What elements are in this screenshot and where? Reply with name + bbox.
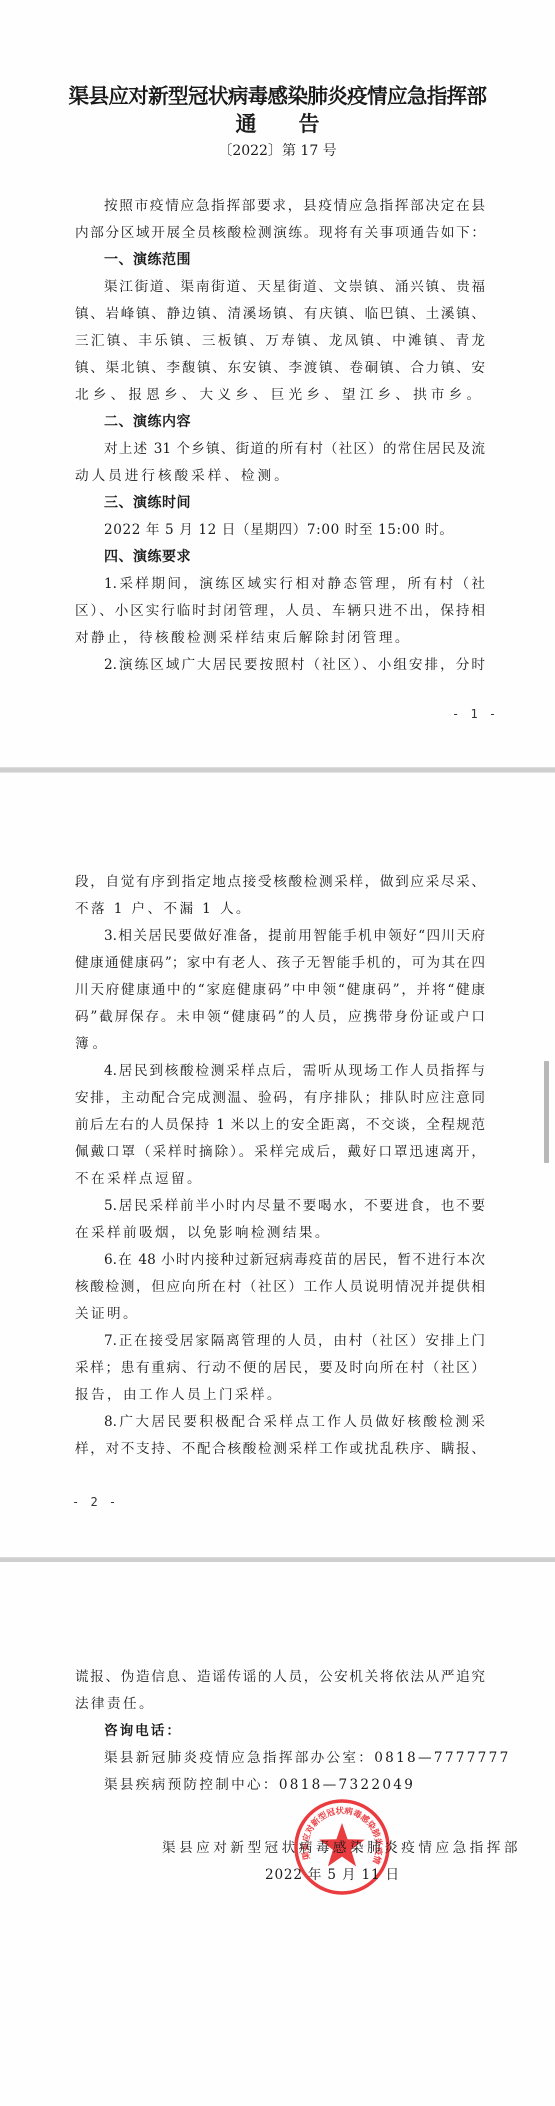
section-line: 佩戴口罩（采样时摘除）。采样完成后，戴好口罩迅速离开， bbox=[75, 1142, 485, 1162]
section-line: 区）、小区实行临时封闭管理，人员、车辆只进不出，保持相 bbox=[75, 601, 485, 621]
signature-date: 2022 年 5 月 11 日 bbox=[265, 1865, 405, 1885]
section-line: 7.正在接受居家隔离管理的人员，由村（社区）安排上门 bbox=[104, 1331, 485, 1351]
section-line: 样，对不支持、不配合核酸检测采样工作或扰乱秩序、瞒报、 bbox=[75, 1439, 485, 1459]
section-line: 6.在 48 小时内接种过新冠病毒疫苗的居民，暂不进行本次 bbox=[104, 1250, 485, 1270]
section-line: 川天府健康通中的“家庭健康码”中申领“健康码”，并将“健康 bbox=[75, 980, 485, 1000]
scrollbar-thumb[interactable] bbox=[544, 1061, 549, 1163]
section-line: 码”截屏保存。未申领“健康码”的人员，应携带身份证或户口 bbox=[75, 1007, 485, 1027]
page-1: 渠县应对新型冠状病毒感染肺炎疫情应急指挥部 通 告 〔2022〕第 17 号 按… bbox=[0, 0, 555, 767]
section-line: 健康通健康码”；家中有老人、孩子无智能手机的，可为其在四 bbox=[75, 953, 485, 973]
section-line: 3.相关居民要做好准备，提前用智能手机申领好“四川天府 bbox=[104, 926, 485, 946]
intro-line: 按照市疫情应急指挥部要求，县疫情应急指挥部决定在县 bbox=[104, 196, 485, 216]
signature-org: 渠县应对新型冠状病毒感染肺炎疫情应急指挥部 bbox=[162, 1838, 492, 1858]
intro-line: 内部分区域开展全员核酸检测演练。现将有关事项通告如下： bbox=[75, 223, 485, 243]
section-line: 不落 1 户、不漏 1 人。 bbox=[75, 899, 485, 919]
section-line: 谎报、伪造信息、造谣传谣的人员，公安机关将依法从严追究 bbox=[75, 1667, 485, 1687]
section-line: 三汇镇、丰乐镇、三板镇、万寿镇、龙凤镇、中滩镇、青龙 bbox=[75, 331, 485, 351]
section-line: 北乡、报恩乡、大义乡、巨光乡、望江乡、拱市乡。 bbox=[75, 385, 485, 405]
section-line: 对静止，待核酸检测采样结束后解除封闭管理。 bbox=[75, 628, 485, 648]
section-line: 镇、渠北镇、李馥镇、东安镇、李渡镇、卷硐镇、合力镇、安 bbox=[75, 358, 485, 378]
contact-line: 渠县新冠肺炎疫情应急指挥部办公室：0818—7777777 bbox=[104, 1748, 485, 1768]
section-line: 8.广大居民要积极配合采样点工作人员做好核酸检测采 bbox=[104, 1412, 485, 1432]
section-line: 核酸检测，但应向所在村（社区）工作人员说明情况并提供相 bbox=[75, 1277, 485, 1297]
section-line: 采样；患有重病、行动不便的居民，要及时向所在村（社区） bbox=[75, 1358, 485, 1378]
section-line: 对上述 31 个乡镇、街道的所有村（社区）的常住居民及流 bbox=[104, 439, 485, 459]
section-line: 前后左右的人员保持 1 米以上的安全距离，不交谈，全程规范 bbox=[75, 1115, 485, 1135]
document-number: 〔2022〕第 17 号 bbox=[0, 141, 555, 161]
page-3: 谎报、伪造信息、造谣传谣的人员，公安机关将依法从严追究 法律责任。 咨询电话： … bbox=[0, 1562, 555, 2106]
contact-heading: 咨询电话： bbox=[104, 1721, 485, 1741]
section-heading: 四、演练要求 bbox=[104, 547, 485, 567]
section-line: 1.采样期间，演练区域实行相对静态管理，所有村（社 bbox=[104, 574, 485, 594]
section-line: 安排，主动配合完成测温、验码，有序排队；排队时应注意同 bbox=[75, 1088, 485, 1108]
section-line: 2022 年 5 月 12 日（星期四）7:00 时至 15:00 时。 bbox=[104, 520, 485, 540]
section-heading: 三、演练时间 bbox=[104, 493, 485, 513]
section-line: 4.居民到核酸检测采样点后，需听从现场工作人员指挥与 bbox=[104, 1061, 485, 1081]
section-line: 法律责任。 bbox=[75, 1694, 485, 1714]
section-line: 不在采样点逗留。 bbox=[75, 1169, 485, 1189]
section-heading: 二、演练内容 bbox=[104, 412, 485, 432]
section-line: 动人员进行核酸采样、检测。 bbox=[75, 466, 485, 486]
document-subtitle: 通 告 bbox=[0, 111, 555, 137]
page-number: - 2 - bbox=[72, 1495, 118, 1509]
page-number: - 1 - bbox=[452, 707, 498, 721]
section-heading: 一、演练范围 bbox=[104, 250, 485, 270]
section-line: 关证明。 bbox=[75, 1304, 485, 1324]
section-line: 报告，由工作人员上门采样。 bbox=[75, 1385, 485, 1405]
section-line: 5.居民采样前半小时内尽量不要喝水，不要进食，也不要 bbox=[104, 1196, 485, 1216]
document-title: 渠县应对新型冠状病毒感染肺炎疫情应急指挥部 bbox=[0, 83, 555, 109]
contact-line: 渠县疾病预防控制中心：0818—7322049 bbox=[104, 1775, 485, 1795]
section-line: 段，自觉有序到指定地点接受核酸检测采样，做到应采尽采、 bbox=[75, 872, 485, 892]
section-line: 渠江街道、渠南街道、天星街道、文崇镇、涌兴镇、贵福 bbox=[104, 277, 485, 297]
section-line: 镇、岩峰镇、静边镇、清溪场镇、有庆镇、临巴镇、土溪镇、 bbox=[75, 304, 485, 324]
section-line: 在采样前吸烟，以免影响检测结果。 bbox=[75, 1223, 485, 1243]
section-line: 2.演练区域广大居民要按照村（社区）、小组安排，分时 bbox=[104, 655, 485, 675]
page-2: 段，自觉有序到指定地点接受核酸检测采样，做到应采尽采、 不落 1 户、不漏 1 … bbox=[0, 773, 555, 1557]
section-line: 簿。 bbox=[75, 1034, 485, 1054]
